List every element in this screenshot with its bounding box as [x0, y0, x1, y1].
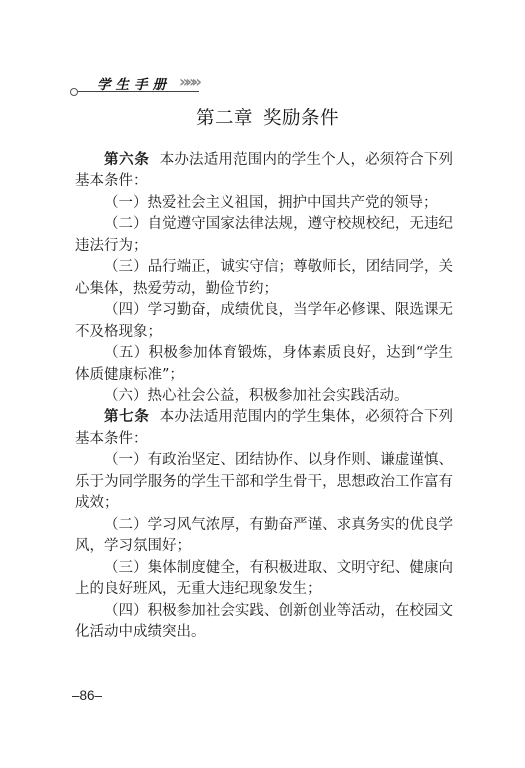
article-6-item-6: （六）热心社会公益，积极参加社会实践活动。 [75, 386, 453, 407]
article-6-item-3: （三）品行端正，诚实守信；尊敬师长，团结同学，关心集体，热爱劳动，勤俭节约； [75, 257, 453, 300]
circle-bullet-icon [70, 88, 78, 96]
chapter-number: 第二章 [196, 108, 253, 129]
chapter-title: 奖励条件 [263, 108, 339, 129]
chapter-heading: 第二章奖励条件 [0, 104, 525, 130]
document-body: 第六条本办法适用范围内的学生个人，必须符合下列基本条件： （一）热爱社会主义祖国… [75, 150, 453, 643]
running-header: 学生手册 »»» [68, 70, 208, 96]
article-6-item-4: （四）学习勤奋，成绩优良，当学年必修课、限选课无不及格现象； [75, 300, 453, 343]
page-number: –86– [72, 688, 102, 703]
article-7-intro: 第七条本办法适用范围内的学生集体，必须符合下列基本条件： [75, 407, 453, 450]
article-6-intro: 第六条本办法适用范围内的学生个人，必须符合下列基本条件： [75, 150, 453, 193]
article-7-item-3: （三）集体制度健全，有积极进取、文明守纪、健康向上的良好班风，无重大违纪现象发生… [75, 558, 453, 601]
article-number: 第六条 [104, 152, 150, 168]
article-7-item-1: （一）有政治坚定、团结协作、以身作则、谦虚谨慎、乐于为同学服务的学生干部和学生骨… [75, 450, 453, 514]
chevron-right-icon: »»» [179, 72, 198, 91]
article-7-item-2: （二）学习风气浓厚，有勤奋严谨、求真务实的优良学风，学习氛围好； [75, 515, 453, 558]
article-7-item-4: （四）积极参加社会实践、创新创业等活动，在校园文化活动中成绩突出。 [75, 601, 453, 644]
article-number: 第七条 [104, 409, 150, 425]
article-6-item-2: （二）自觉遵守国家法律法规，遵守校规校纪，无违纪违法行为； [75, 214, 453, 257]
article-6-item-5: （五）积极参加体育锻炼，身体素质良好，达到“学生体质健康标准”； [75, 343, 453, 386]
article-6-item-1: （一）热爱社会主义祖国，拥护中国共产党的领导； [75, 193, 453, 214]
running-title: 学生手册 [97, 73, 171, 93]
